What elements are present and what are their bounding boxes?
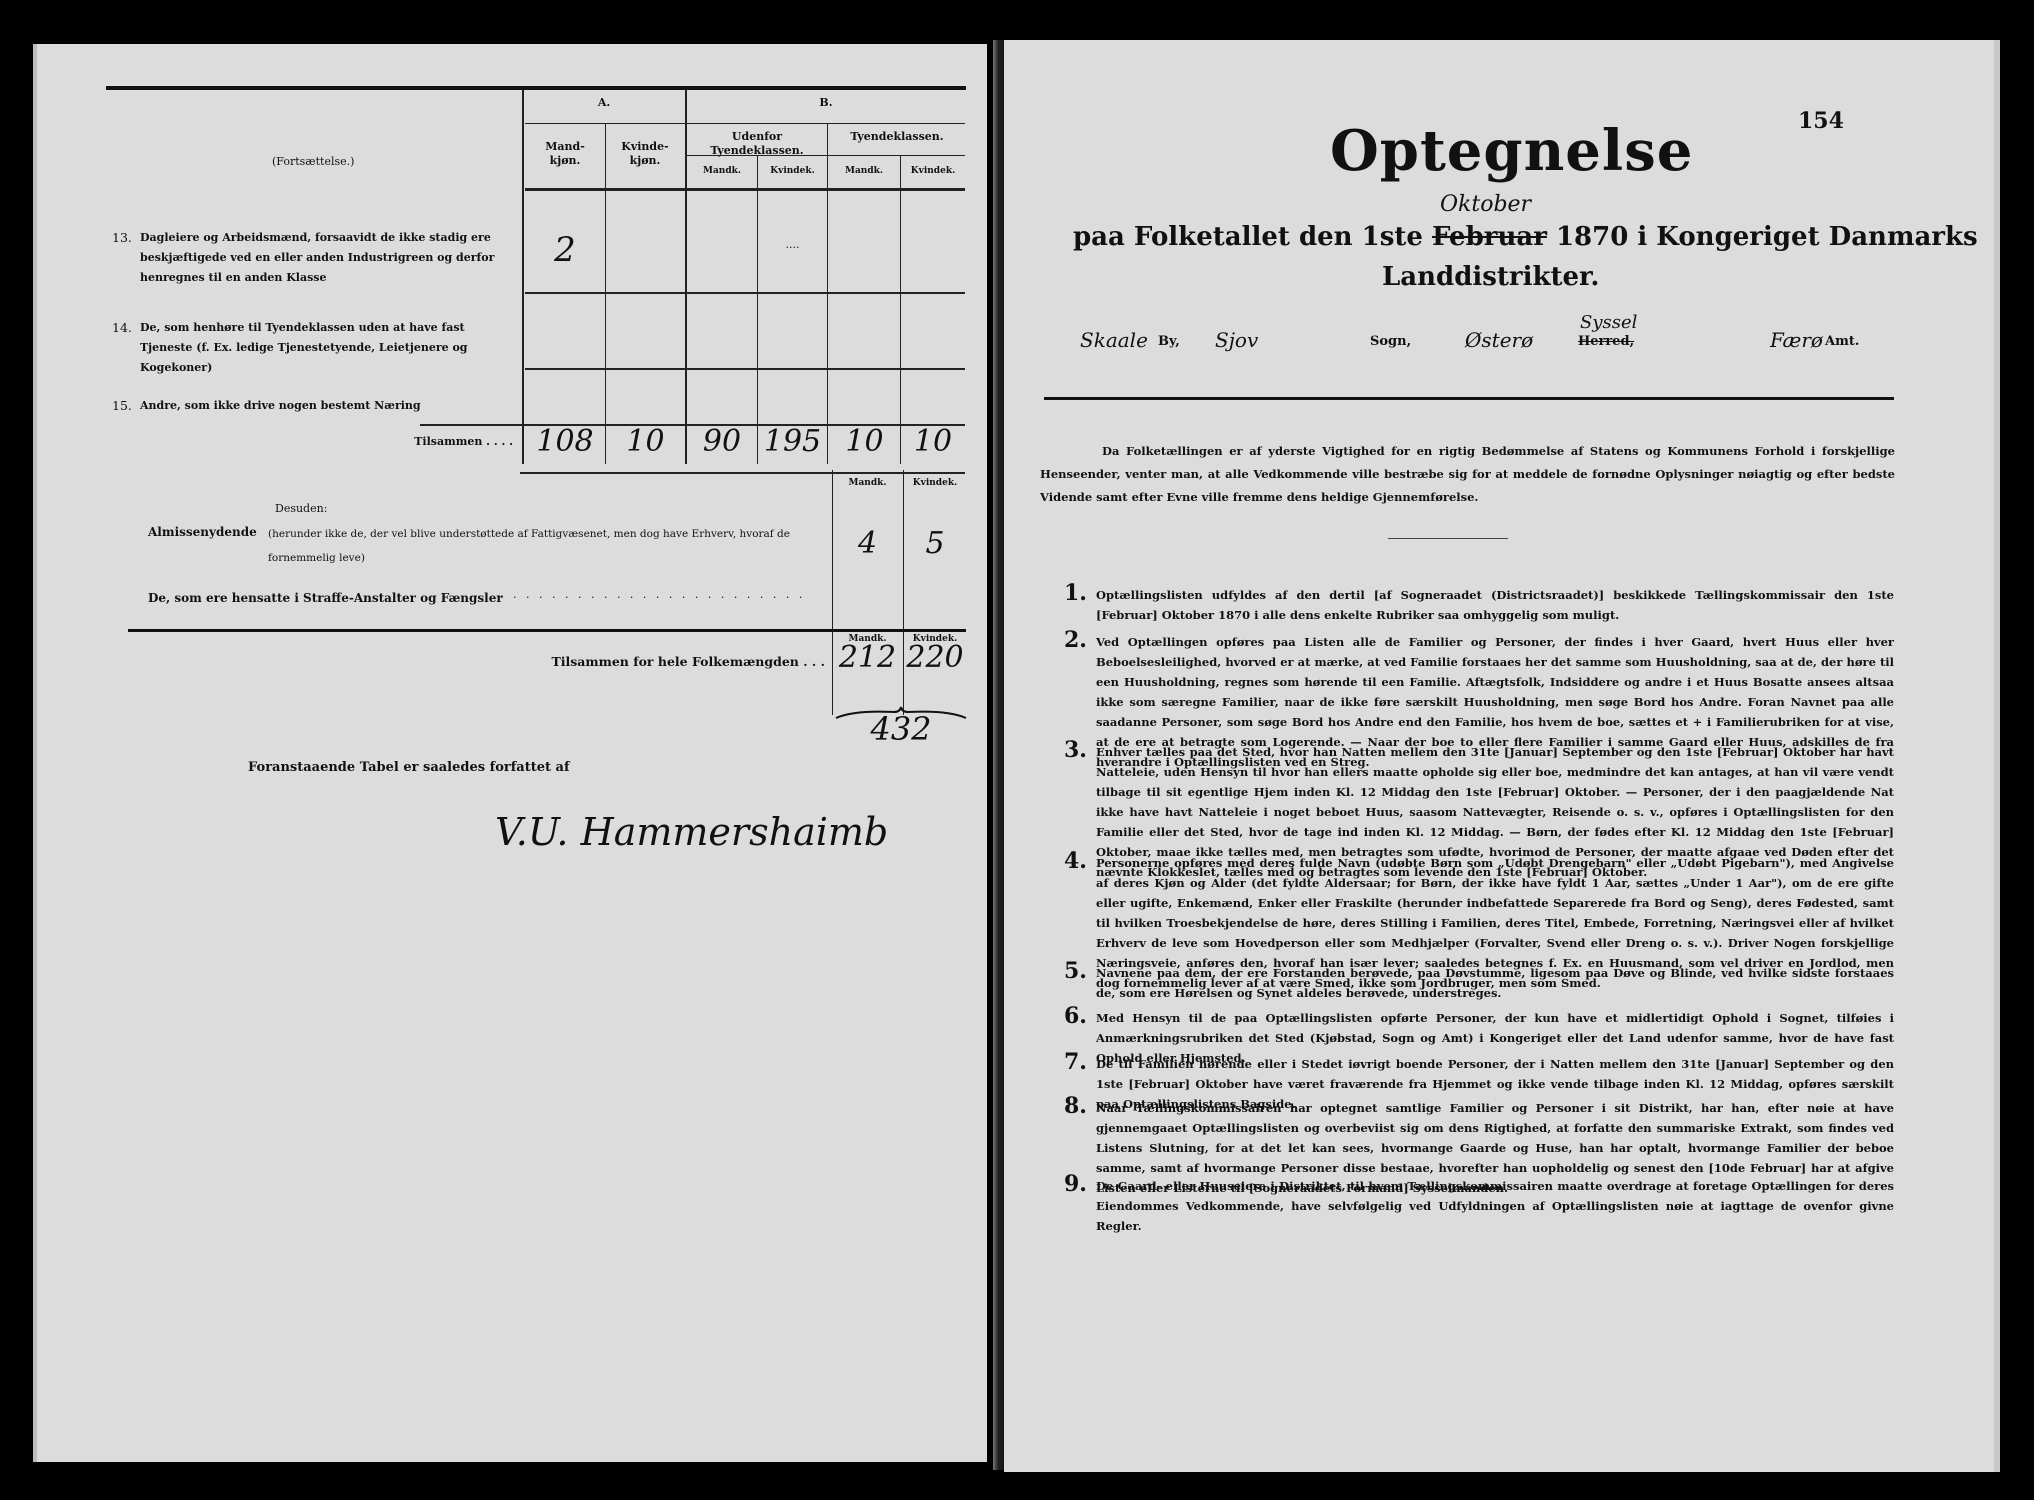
instruction-number: 7. [1064,1052,1087,1072]
table-row-rule [525,368,965,370]
grand-total-sum: 432 [834,710,968,748]
instruction-number: 2. [1064,630,1087,650]
location-herred-handwritten: Syssel [1580,312,1637,333]
total-b-servant-female: 10 [901,424,965,459]
continuation-label: (Fortsættelse.) [272,155,354,168]
row-14-label: De, som henhøre til Tyendeklassen uden a… [140,318,515,378]
col-b-outside-female: Kvindek. [758,166,827,177]
subtitle-struck-month: Februar [1432,222,1547,252]
row-14-number: 14. [112,318,132,338]
table-col-divider [832,470,833,715]
row-13-a-male: 2 [525,230,605,270]
location-line: Skaale By, Sjov Sogn, Østerø Herred, Sys… [1080,328,1880,368]
subtitle-handwritten-month: Oktober [1440,192,1531,217]
subtitle-line1: paa Folketallet den 1ste Februar Oktober… [1073,222,1978,252]
col-a-male: Mand-kjøn. [530,140,600,168]
instruction-number: 6. [1064,1006,1087,1026]
location-sogn-value: Sjov [1215,328,1258,352]
location-herred-struck: Herred, [1578,334,1634,349]
table-row-rule [525,292,965,294]
table-col-divider [903,470,904,715]
besides-heading: Desuden: [275,502,327,515]
besides-col-female: Kvindek. [904,478,966,488]
instruction-1: 1. Optællingslisten udfyldes af den dert… [1064,585,1894,625]
instruction-number: 1. [1064,583,1087,603]
signature: V.U. Hammershaimb [495,810,888,854]
instruction-text: De Gaard- eller Huuseiere i Distriktet, … [1096,1176,1894,1236]
row-13-number: 13. [112,228,132,248]
col-b-servant-female: Kvindek. [901,166,965,177]
instruction-number: 9. [1064,1174,1087,1194]
page-title: Optegnelse [1330,118,1693,184]
prison-leader-dots: . . . . . . . . . . . . . . . . . . . . … [500,588,805,601]
total-b-outside-male: 90 [687,424,757,459]
prison-label: De, som ere hensatte i Straffe-Anstalter… [148,588,503,608]
subtitle-suffix: 1870 i Kongeriget Danmarks [1556,222,1978,252]
instruction-text: Navnene paa dem, der ere Forstanden berø… [1096,963,1894,1003]
authored-by-label: Foranstaaende Tabel er saaledes forfatte… [248,758,570,778]
table-col-divider [900,155,901,464]
total-row-label: Tilsammen . . . . [398,432,513,452]
col-b-servant: Tyendeklassen. [829,130,965,144]
total-a-male: 108 [525,424,605,459]
alms-female: 5 [904,526,966,561]
subtitle-line2: Landdistrikter. [1382,262,1599,292]
total-b-outside-female: 195 [758,424,827,459]
location-amt-value: Færø [1770,328,1823,352]
total-b-servant-male: 10 [829,424,900,459]
instruction-text: Optællingslisten udfyldes af den dertil … [1096,585,1894,625]
table-row-rule [520,472,965,474]
row-13-label: Dagleiere og Arbeidsmænd, forsaavidt de … [140,228,515,288]
row-15-number: 15. [112,396,132,416]
grand-total-male: 212 [832,640,903,675]
instruction-number: 3. [1064,740,1087,760]
grand-total-female: 220 [904,640,966,675]
group-a-header: A. [524,96,684,110]
col-a-female: Kvinde-kjøn. [610,140,680,168]
besides-col-male: Mandk. [832,478,903,488]
total-a-female: 10 [606,424,685,459]
col-b-servant-male: Mandk. [829,166,899,177]
location-by-label: By, [1158,334,1180,349]
table-col-divider [522,90,524,464]
alms-male: 4 [832,526,903,561]
intro-separator [1388,538,1508,539]
location-herred-value: Østerø [1465,328,1533,352]
intro-paragraph: Da Folketællingen er af yderste Vigtighe… [1040,440,1895,509]
instruction-5: 5. Navnene paa dem, der ere Forstanden b… [1064,963,1894,1003]
alms-description: (herunder ikke de, der vel blive underst… [268,522,828,570]
row-13-b-outside-female: .... [758,238,827,251]
instruction-number: 8. [1064,1096,1087,1116]
table-col-divider [757,155,758,464]
table-header-rule [525,123,965,124]
row-15-label: Andre, som ikke drive nogen bestemt Næri… [140,396,515,416]
instruction-number: 5. [1064,961,1087,981]
location-sogn-label: Sogn, [1370,334,1411,349]
location-by-value: Skaale [1080,328,1148,352]
alms-label: Almissenydende [148,522,257,542]
grand-total-rule [128,629,966,632]
table-header-rule [525,188,965,191]
page-number: 154 [1798,108,1844,134]
subtitle-prefix: paa Folketallet den 1ste [1073,222,1423,252]
right-top-rule [1044,397,1894,400]
instruction-9: 9. De Gaard- eller Huuseiere i Distrikte… [1064,1176,1894,1236]
instruction-number: 4. [1064,851,1087,871]
col-b-outside-male: Mandk. [687,166,757,177]
grand-total-label: Tilsammen for hele Folkemængden . . . [460,652,825,672]
location-amt-label: Amt. [1825,334,1859,349]
left-top-rule [106,86,966,90]
group-b-header: B. [687,96,965,110]
col-b-outside: Udenfor Tyendeklassen. [687,130,827,158]
